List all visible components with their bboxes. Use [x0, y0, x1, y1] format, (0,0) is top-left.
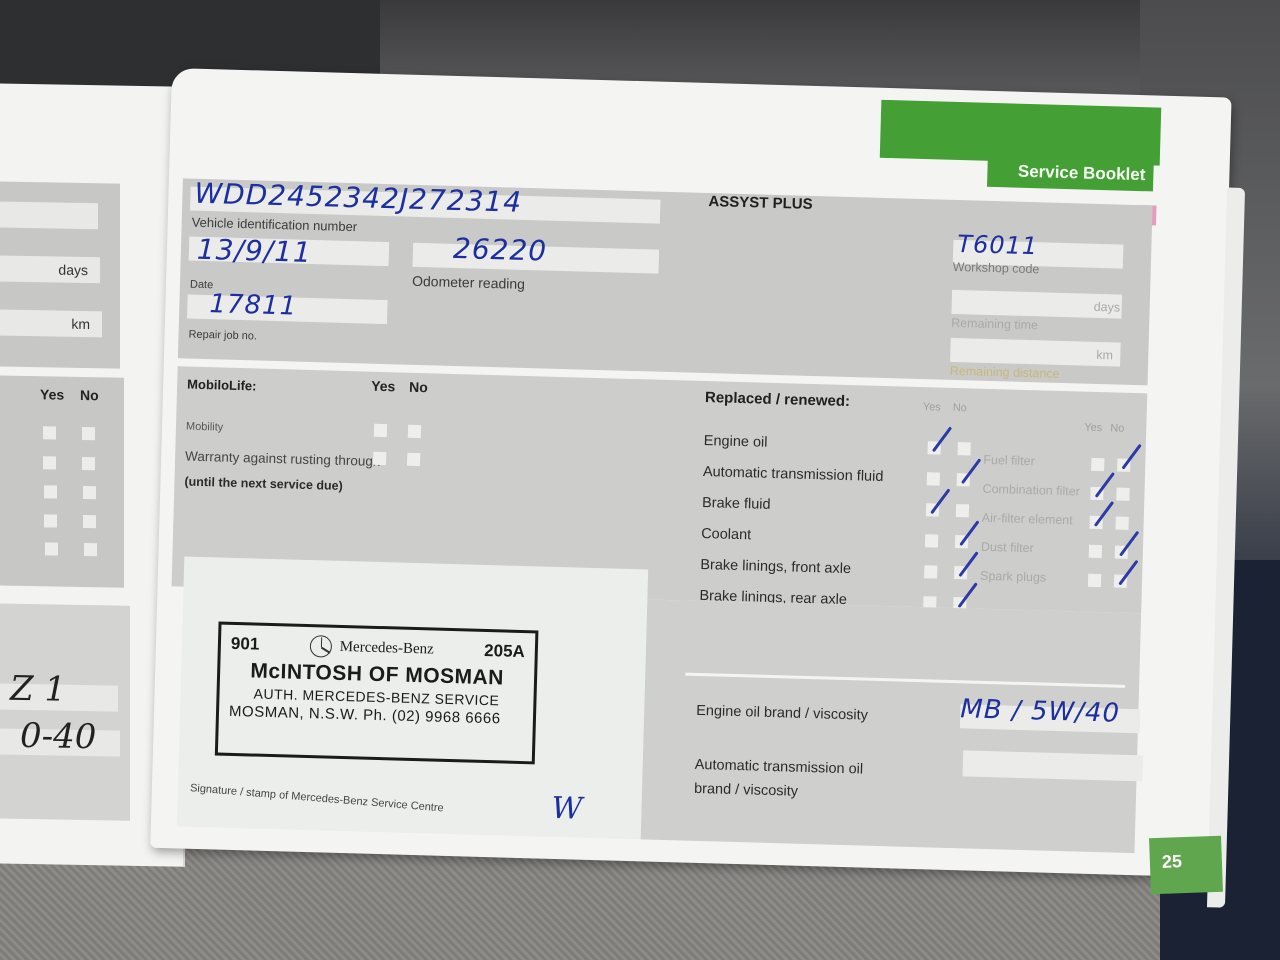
engine-oil-no-checkbox[interactable] [957, 442, 970, 455]
dust-filter-label: Dust filter [981, 540, 1034, 555]
odometer-value: 26220 [453, 232, 548, 268]
assyst-plus-title: ASSYST PLUS [708, 193, 813, 213]
brake-linings-front-axle-yes-checkbox[interactable] [924, 565, 937, 578]
air-filter-element-label: Air-filter element [982, 511, 1073, 528]
combination-filter-label: Combination filter [982, 482, 1080, 499]
mobilolife-title: MobiloLife: [187, 377, 257, 394]
stamp-brand: Mercedes-Benz [309, 635, 434, 660]
odometer-label: Odometer reading [412, 273, 525, 292]
left-checkbox[interactable] [82, 457, 95, 470]
remaining-distance-unit: km [1096, 348, 1113, 362]
automatic-transmission-fluid-yes-checkbox[interactable] [927, 472, 940, 485]
green-tab [880, 100, 1162, 166]
page-number: 25 [1149, 836, 1223, 894]
fuel-filter-label: Fuel filter [983, 453, 1035, 468]
left-checkbox-box [0, 375, 124, 588]
left-yes-header: Yes [40, 386, 64, 402]
left-checkbox[interactable] [44, 514, 57, 527]
combination-filter-no-checkbox[interactable] [1116, 488, 1129, 501]
mobilolife-yes-header: Yes [371, 378, 396, 395]
atf-brand-label-line2: brand / viscosity [694, 781, 798, 800]
left-vin-field [0, 201, 98, 229]
brake-fluid-no-checkbox[interactable] [956, 504, 969, 517]
dealer-stamp: 901 Mercedes-Benz 205A McINTOSH OF MOSMA… [215, 622, 539, 765]
dust-filter-yes-checkbox[interactable] [1089, 545, 1102, 558]
coolant-yes-checkbox[interactable] [925, 534, 938, 547]
mobility-label: Mobility [186, 421, 224, 434]
rust-warranty-no-checkbox[interactable] [407, 453, 420, 466]
left-oil-box [0, 603, 130, 821]
left-handwriting: Z 1 [10, 669, 66, 710]
date-value: 13/9/11 [196, 233, 312, 269]
left-checkbox[interactable] [83, 486, 96, 499]
workshop-code-label: Workshop code [953, 260, 1040, 276]
mobility-no-checkbox[interactable] [408, 425, 421, 438]
spark-plugs-yes-checkbox[interactable] [1088, 574, 1101, 587]
signature: W [551, 791, 583, 827]
left-days-field: days [0, 255, 100, 283]
coolant-label: Coolant [701, 526, 751, 543]
left-checkbox[interactable] [43, 426, 56, 439]
repair-job-value: 17811 [209, 289, 298, 321]
left-checkbox[interactable] [82, 427, 95, 440]
left-checkbox[interactable] [44, 485, 57, 498]
service-report-page: Service Booklet Service reports WDD24523… [150, 68, 1231, 877]
workshop-code-value: T6011 [957, 230, 1039, 260]
replaced-right-yes-header: Yes [1084, 422, 1102, 434]
engine-oil-label: Engine oil [704, 433, 768, 451]
air-filter-element-no-checkbox[interactable] [1115, 517, 1128, 530]
remaining-time-unit: days [1093, 300, 1120, 315]
left-days-unit: days [58, 262, 88, 279]
remaining-time-label: Remaining time [951, 316, 1038, 332]
fuel-filter-yes-checkbox[interactable] [1091, 458, 1104, 471]
mobilolife-no-header: No [409, 379, 428, 396]
brake-fluid-label: Brake fluid [702, 495, 771, 513]
left-km-field: km [0, 309, 102, 337]
replaced-no-header: No [953, 402, 967, 414]
atf-brand-field[interactable] [963, 750, 1144, 781]
stamp-code-left: 901 [231, 634, 260, 655]
left-no-header: No [80, 387, 99, 403]
replaced-yes-header: Yes [923, 401, 941, 413]
left-checkbox[interactable] [45, 542, 58, 555]
remaining-distance-field[interactable] [950, 338, 1121, 367]
rust-warranty-yes-checkbox[interactable] [373, 452, 386, 465]
repair-job-label: Repair job no. [188, 329, 257, 343]
stamp-code-right: 205A [484, 641, 525, 662]
mercedes-star-icon [309, 635, 332, 658]
replaced-right-no-header: No [1110, 422, 1124, 434]
left-km-unit: km [71, 316, 90, 332]
left-checkbox[interactable] [84, 543, 97, 556]
mobility-yes-checkbox[interactable] [374, 424, 387, 437]
left-checkbox[interactable] [83, 515, 96, 528]
left-checkbox[interactable] [43, 456, 56, 469]
stamp-brand-name: Mercedes-Benz [339, 638, 434, 658]
spark-plugs-label: Spark plugs [980, 569, 1046, 585]
left-handwriting: 0-40 [20, 716, 96, 757]
engine-oil-brand-value: MB / 5W/40 [960, 694, 1120, 728]
